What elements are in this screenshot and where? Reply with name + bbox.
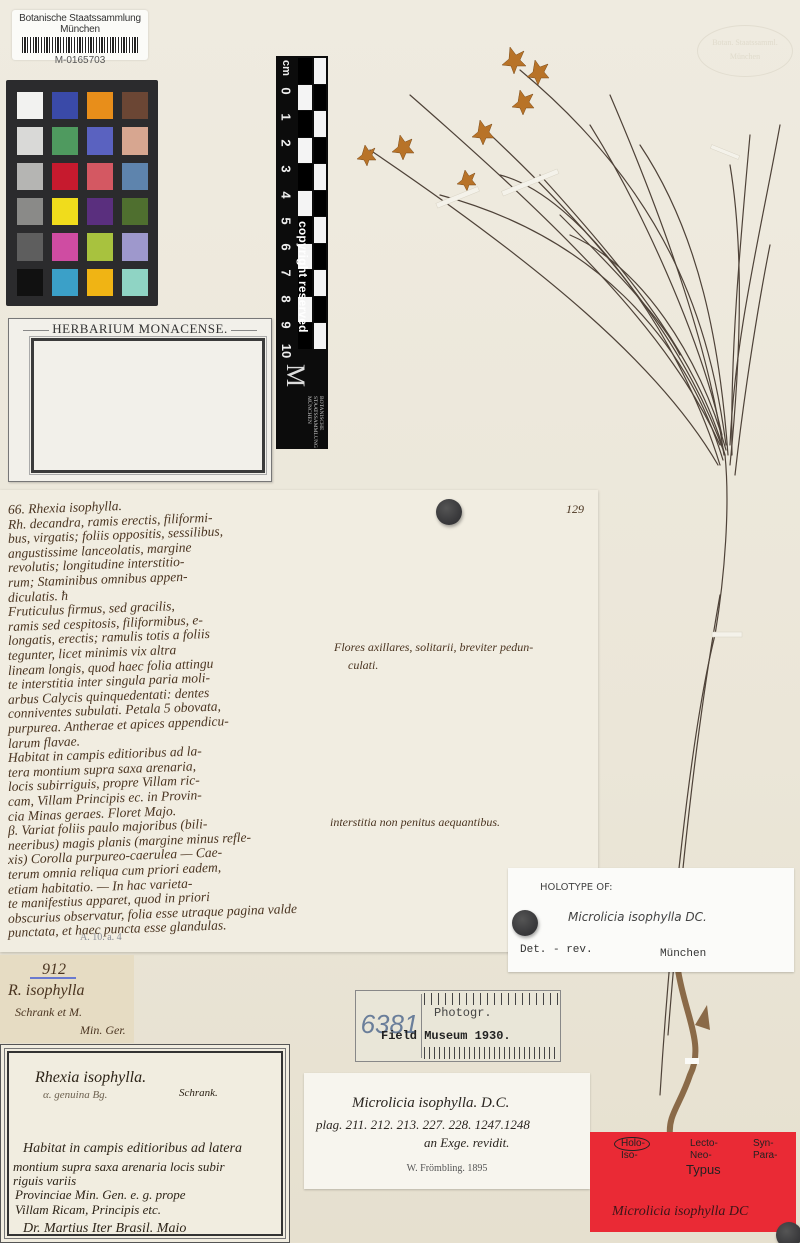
typus-word: Typus (686, 1162, 721, 1177)
locality: Min. Ger. (80, 1023, 126, 1038)
color-swatch (17, 198, 43, 225)
typus-label: Holo- Iso- Lecto- Neo- Syn- Para- Typus … (590, 1132, 796, 1232)
field-museum-label: 6381 Photogr. Field Museum 1930. (355, 990, 561, 1062)
field-word: Field (381, 1029, 417, 1043)
scale-unit: cm (280, 60, 292, 76)
typus-taxon: Microlicia isophylla DC (612, 1204, 748, 1220)
typus-option-syn: Syn- (753, 1138, 774, 1149)
color-swatch (87, 198, 113, 225)
author: Schrank et M. (15, 1005, 82, 1020)
signature: W. Frömbling. 1895 (304, 1163, 590, 1174)
scale-block (314, 297, 326, 324)
habitat-line-1: Habitat in campis editioribus ad latera (23, 1141, 242, 1157)
author: Schrank. (179, 1087, 218, 1099)
color-swatch (52, 127, 78, 154)
color-swatch (17, 127, 43, 154)
color-swatch (52, 269, 78, 296)
logo-text-line: STAATSSAMMLUNG (312, 396, 318, 448)
frombling-revision-label: Microlicia isophylla. D.C. plag. 211. 21… (304, 1073, 590, 1189)
scale-tick: 10 (273, 344, 299, 358)
inch-ruler (424, 993, 558, 1005)
color-swatch (17, 92, 43, 119)
color-swatch (122, 92, 148, 119)
color-swatch (87, 92, 113, 119)
scale-block (314, 111, 326, 138)
copyright-text: copyright reserved (296, 221, 310, 333)
label-frame (31, 338, 265, 473)
typus-option-iso: Iso- (621, 1150, 638, 1161)
pin-icon (512, 910, 538, 936)
color-swatch (17, 233, 43, 260)
collector: Dr. Martius Iter Brasil. Maio (23, 1221, 186, 1237)
scale-block (314, 217, 326, 244)
barcode-icon (22, 37, 138, 53)
photogr-text: Photogr. (434, 1006, 492, 1020)
holotype-taxon: Microlicia isophylla DC. (568, 910, 707, 924)
plant-specimen (340, 35, 800, 1145)
holotype-label: HOLOTYPE OF: Microlicia isophylla DC. De… (508, 868, 794, 972)
plate-line: plag. 211. 212. 213. 227. 228. 1247.1248 (316, 1117, 530, 1133)
color-swatch (122, 163, 148, 190)
color-swatch (87, 269, 113, 296)
color-swatch (87, 233, 113, 260)
color-swatch (17, 163, 43, 190)
province-line-1: Provinciae Min. Gen. e. g. prope (15, 1187, 186, 1203)
cm-ruler (424, 1047, 558, 1059)
logo-text: BOTANISCHE STAATSSAMMLUNG MÜNCHEN (306, 396, 324, 448)
scale-block (314, 164, 326, 191)
scale-block (298, 58, 312, 85)
scale-block (298, 164, 312, 191)
typus-option-neo: Neo- (690, 1150, 712, 1161)
taxon-title: Rhexia isophylla. (35, 1069, 146, 1087)
scale-block (314, 323, 326, 350)
color-swatch (52, 198, 78, 225)
scale-ticks: 012345678910 (280, 78, 292, 338)
holotype-heading: HOLOTYPE OF: (540, 882, 612, 893)
taxon-line: Microlicia isophylla. D.C. (352, 1095, 509, 1112)
institution-name: Botanische Staatssammlung München (12, 13, 148, 35)
scale-tick: 2 (273, 139, 299, 146)
city: München (660, 948, 706, 960)
scale-block (314, 244, 326, 271)
bsm-logo-icon: M (280, 364, 310, 387)
scale-block (298, 191, 312, 218)
label-title: HERBARIUM MONACENSE. (9, 321, 271, 337)
scale-tick: 4 (273, 191, 299, 198)
barcode-id: M-0165703 (12, 55, 148, 66)
herbarium-monacense-label: HERBARIUM MONACENSE. (8, 318, 272, 482)
revidit-line: an Exge. revidit. (424, 1135, 509, 1151)
negative-number: 6381 (358, 994, 422, 1058)
det-rev: Det. - rev. (520, 944, 593, 956)
blue-underline (30, 977, 76, 979)
color-swatch (52, 163, 78, 190)
province-line-2: Villam Ricam, Principis etc. (15, 1202, 161, 1218)
scale-tick: 3 (273, 165, 299, 172)
scale-tick: 1 (273, 113, 299, 120)
color-calibration-chart (6, 80, 158, 306)
scale-block (314, 85, 326, 112)
scale-block (298, 85, 312, 112)
pin-icon (776, 1222, 800, 1243)
museum-year: Museum 1930. (424, 1029, 510, 1043)
color-swatch (122, 233, 148, 260)
typus-option-holo: Holo- (621, 1138, 645, 1149)
herbarium-sheet: Botan. Staatssamml. München Botanische S… (0, 0, 800, 1243)
scale-bar: cm 012345678910 copyright reserved M BOT… (276, 56, 328, 449)
barcode-label: Botanische Staatssammlung München M-0165… (12, 10, 148, 60)
color-swatch (87, 127, 113, 154)
scale-block (314, 270, 326, 297)
martius-label: Rhexia isophylla. Schrank. α. genuina Bg… (0, 1044, 290, 1243)
typus-option-lecto: Lecto- (690, 1138, 718, 1149)
scale-block (298, 138, 312, 165)
scale-checker-outer (314, 58, 326, 358)
color-swatch (52, 233, 78, 260)
variety: α. genuina Bg. (43, 1089, 107, 1101)
old-collection-label: 912 R. isophylla Schrank et M. Min. Ger. (0, 955, 134, 1043)
color-swatch (52, 92, 78, 119)
scale-block (314, 191, 326, 218)
color-swatch (122, 127, 148, 154)
field-museum-text: Field Museum 1930. (381, 1029, 511, 1043)
logo-text-line: BOTANISCHE (318, 396, 324, 448)
scale-block (314, 138, 326, 165)
typus-option-para: Para- (753, 1150, 777, 1161)
color-swatch (87, 163, 113, 190)
scale-tick: 0 (273, 87, 299, 94)
color-swatch (122, 269, 148, 296)
taxon-name: R. isophylla (8, 982, 84, 1000)
color-swatch (122, 198, 148, 225)
scale-block (314, 58, 326, 85)
color-swatch (17, 269, 43, 296)
divider (231, 330, 257, 331)
scale-block (298, 111, 312, 138)
